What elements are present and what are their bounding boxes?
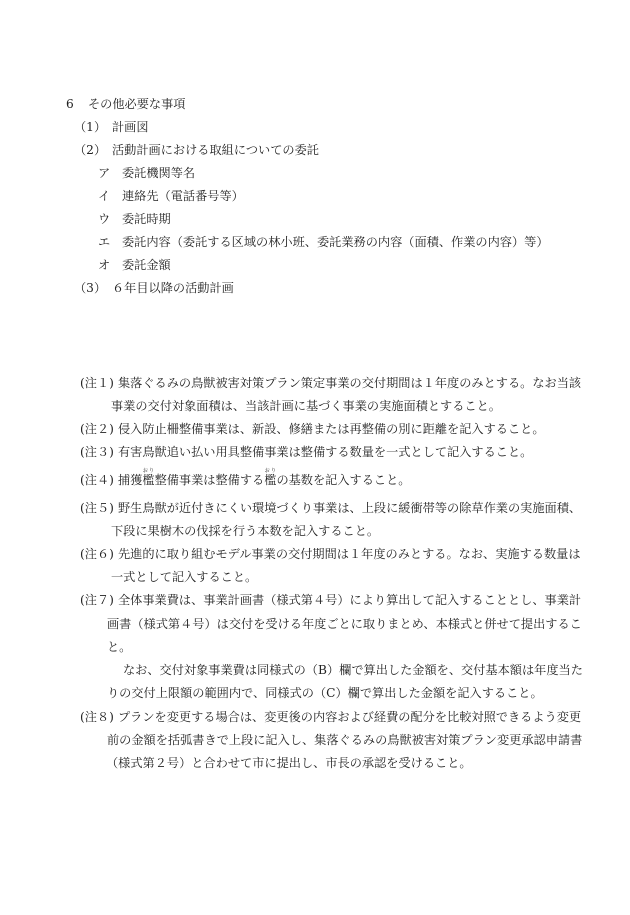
list-item: （1）計画図 <box>74 119 149 135</box>
section-title: その他必要な事項 <box>88 97 186 111</box>
list-item: イ連絡先（電話番号等） <box>98 188 244 204</box>
section-number: 6 <box>66 96 88 112</box>
list-item: ア委託機関等名 <box>98 165 195 181</box>
list-item: （3）６年目以降の活動計画 <box>74 280 234 296</box>
list-item: エ委託内容（委託する区域の林小班、委託業務の内容（面積、作業の内容）等） <box>98 234 549 250</box>
list-item: （2）活動計画における取組についての委託 <box>74 142 319 158</box>
section-heading: 6その他必要な事項 <box>66 96 186 112</box>
list-item: ウ委託時期 <box>98 211 171 227</box>
list-item: オ委託金額 <box>98 257 171 273</box>
